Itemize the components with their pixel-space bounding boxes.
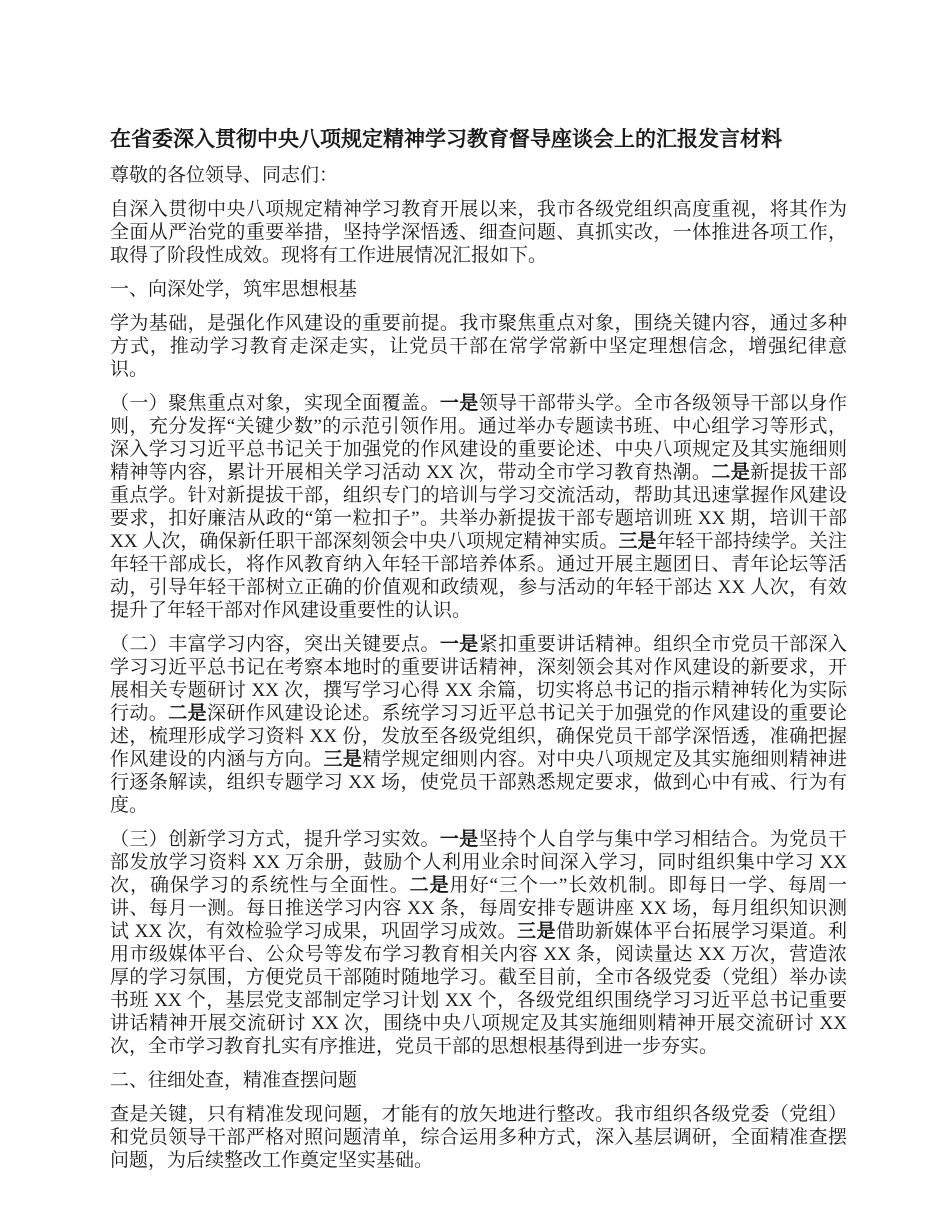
intro-paragraph: 自深入贯彻中央八项规定精神学习教育开展以来，我市各级党组织高度重视，将其作为全面… — [110, 198, 847, 267]
bold-text-run: 一是 — [440, 829, 479, 850]
section-1-intro: 学为基础，是强化作风建设的重要前提。我市聚焦重点对象，围绕关键内容，通过多种方式… — [110, 312, 847, 381]
subsection-1-3: （三）创新学习方式，提升学习实效。一是坚持个人自学与集中学习相结合。为党员干部发… — [110, 828, 847, 1058]
text-run: （三）创新学习方式，提升学习实效。 — [110, 829, 440, 850]
text-run: 二、往细处查，精准查摆问题 — [110, 1070, 357, 1091]
text-run: （一）聚焦重点对象，实现全面覆盖。 — [110, 393, 440, 414]
document-body: 尊敬的各位领导、同志们：自深入贯彻中央八项规定精神学习教育开展以来，我市各级党组… — [110, 164, 847, 1172]
section-1-heading: 一、向深处学，筑牢思想根基 — [110, 278, 847, 301]
bold-text-run: 三是 — [517, 921, 556, 942]
salutation: 尊敬的各位领导、同志们： — [110, 164, 847, 187]
text-run: 自深入贯彻中央八项规定精神学习教育开展以来，我市各级党组织高度重视，将其作为全面… — [110, 199, 847, 266]
bold-text-run: 一是 — [440, 634, 479, 655]
bold-text-run: 二是 — [410, 875, 450, 896]
text-run: 尊敬的各位领导、同志们： — [110, 165, 338, 186]
text-run: 查是关键，只有精准发现问题，才能有的放矢地进行整改。我市组织各级党委（党组）和党… — [110, 1104, 847, 1171]
text-run: 一、向深处学，筑牢思想根基 — [110, 279, 357, 300]
document-title: 在省委深入贯彻中央八项规定精神学习教育督导座谈会上的汇报发言材料 — [110, 126, 847, 152]
subsection-1-1: （一）聚焦重点对象，实现全面覆盖。一是领导干部带头学。全市各级领导干部以身作则，… — [110, 392, 847, 622]
bold-text-run: 一是 — [440, 393, 479, 414]
document-page: 在省委深入贯彻中央八项规定精神学习教育督导座谈会上的汇报发言材料 尊敬的各位领导… — [110, 126, 847, 1172]
section-2-heading: 二、往细处查，精准查摆问题 — [110, 1069, 847, 1092]
bold-text-run: 三是 — [323, 749, 362, 770]
section-2-intro: 查是关键，只有精准发现问题，才能有的放矢地进行整改。我市组织各级党委（党组）和党… — [110, 1103, 847, 1172]
bold-text-run: 二是 — [711, 462, 750, 483]
text-run: 学为基础，是强化作风建设的重要前提。我市聚焦重点对象，围绕关键内容，通过多种方式… — [110, 313, 847, 380]
text-run: （二）丰富学习内容，突出关键要点。 — [110, 634, 440, 655]
bold-text-run: 三是 — [618, 531, 656, 552]
subsection-1-2: （二）丰富学习内容，突出关键要点。一是紧扣重要讲话精神。组织全市党员干部深入学习… — [110, 633, 847, 817]
bold-text-run: 二是 — [168, 703, 207, 724]
